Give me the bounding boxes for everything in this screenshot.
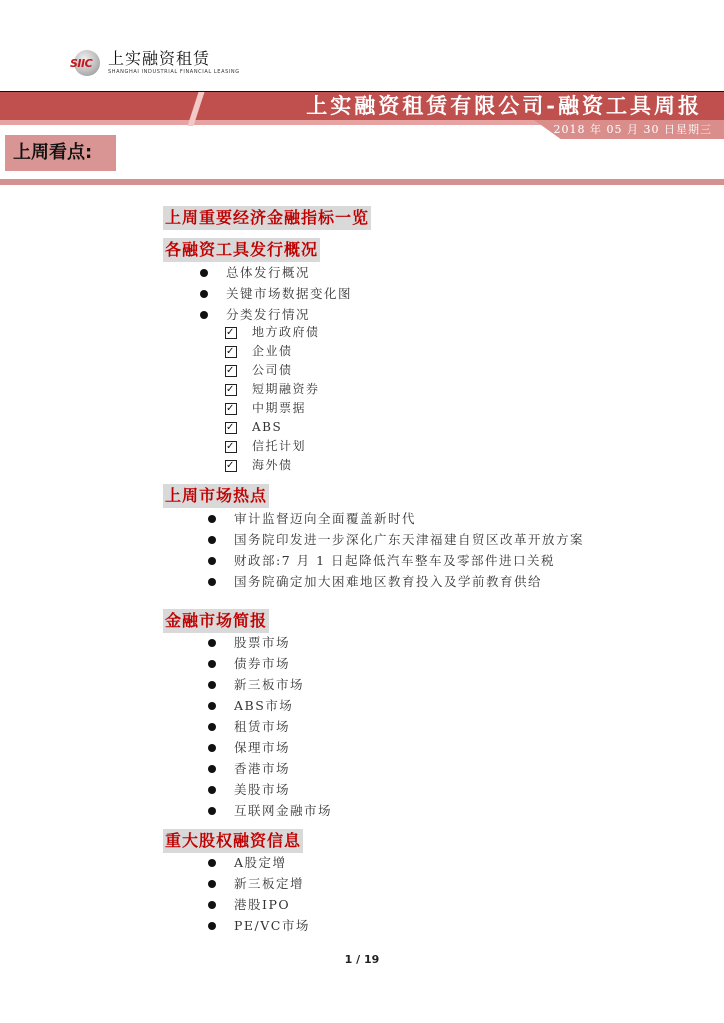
- list-item[interactable]: A股定增: [163, 852, 310, 873]
- list-item[interactable]: 新三板市场: [163, 674, 332, 695]
- section-heading-indicators[interactable]: 上周重要经济金融指标一览: [163, 206, 371, 230]
- bullet-icon: [208, 578, 216, 586]
- list-item[interactable]: 国务院印发进一步深化广东天津福建自贸区改革开放方案: [163, 529, 584, 550]
- checklist-item[interactable]: ✓海外债: [163, 456, 320, 475]
- checklist-item[interactable]: ✓短期融资券: [163, 380, 320, 399]
- list-item[interactable]: 审计监督迈向全面覆盖新时代: [163, 508, 584, 529]
- checkbox-checked-icon: ✓: [225, 346, 237, 358]
- checkbox-checked-icon: ✓: [225, 384, 237, 396]
- list-item[interactable]: 债券市场: [163, 653, 332, 674]
- logo-name-en: SHANGHAI INDUSTRIAL FINANCIAL LEASING: [108, 69, 240, 76]
- logo-name-cn: 上实融资租赁: [108, 50, 240, 68]
- report-date: 2018 年 05 月 30 日星期三: [554, 121, 712, 139]
- list-item[interactable]: PE/VC市场: [163, 915, 310, 936]
- bullet-icon: [200, 311, 208, 319]
- category-checklist: ✓地方政府债 ✓企业债 ✓公司债 ✓短期融资券 ✓中期票据 ✓ABS ✓信托计划…: [163, 323, 320, 475]
- list-item[interactable]: 美股市场: [163, 779, 332, 800]
- bullet-icon: [208, 922, 216, 930]
- checklist-item[interactable]: ✓ABS: [163, 418, 320, 437]
- checklist-item[interactable]: ✓企业债: [163, 342, 320, 361]
- hot-topics-list: 审计监督迈向全面覆盖新时代 国务院印发进一步深化广东天津福建自贸区改革开放方案 …: [163, 508, 584, 592]
- bullet-icon: [208, 723, 216, 731]
- market-brief-list: 股票市场 债券市场 新三板市场 ABS市场 租赁市场 保理市场 香港市场 美股市…: [163, 632, 332, 821]
- bullet-icon: [208, 681, 216, 689]
- checkbox-checked-icon: ✓: [225, 460, 237, 472]
- checkbox-checked-icon: ✓: [225, 403, 237, 415]
- bullet-icon: [208, 880, 216, 888]
- logo-mark-text: SIIC: [70, 57, 92, 70]
- report-title: 上实融资租赁有限公司-融资工具周报: [306, 92, 702, 120]
- bullet-icon: [208, 660, 216, 668]
- section-heading-market-brief[interactable]: 金融市场简报: [163, 609, 269, 633]
- list-item[interactable]: 关键市场数据变化图: [163, 283, 352, 304]
- checkbox-checked-icon: ✓: [225, 365, 237, 377]
- section-heading-hot-topics[interactable]: 上周市场热点: [163, 484, 269, 508]
- section-divider: [0, 179, 724, 185]
- bullet-icon: [208, 639, 216, 647]
- list-item[interactable]: 互联网金融市场: [163, 800, 332, 821]
- issuance-list: 总体发行概况 关键市场数据变化图 分类发行情况: [163, 262, 352, 325]
- list-item[interactable]: 香港市场: [163, 758, 332, 779]
- list-item[interactable]: 股票市场: [163, 632, 332, 653]
- section-heading-issuance[interactable]: 各融资工具发行概况: [163, 238, 320, 262]
- bullet-icon: [208, 765, 216, 773]
- bullet-icon: [208, 515, 216, 523]
- equity-financing-list: A股定增 新三板定增 港股IPO PE/VC市场: [163, 852, 310, 936]
- section-heading-equity-financing[interactable]: 重大股权融资信息: [163, 829, 303, 853]
- checklist-item[interactable]: ✓信托计划: [163, 437, 320, 456]
- list-item[interactable]: 财政部:7 月 1 日起降低汽车整车及零部件进口关税: [163, 550, 584, 571]
- company-logo: SIIC 上实融资租赁 SHANGHAI INDUSTRIAL FINANCIA…: [70, 50, 240, 80]
- bullet-icon: [208, 702, 216, 710]
- bullet-icon: [208, 744, 216, 752]
- checklist-item[interactable]: ✓中期票据: [163, 399, 320, 418]
- bullet-icon: [208, 859, 216, 867]
- checkbox-checked-icon: ✓: [225, 327, 237, 339]
- checklist-item[interactable]: ✓公司债: [163, 361, 320, 380]
- list-item[interactable]: 国务院确定加大困难地区教育投入及学前教育供给: [163, 571, 584, 592]
- checkbox-checked-icon: ✓: [225, 422, 237, 434]
- checkbox-checked-icon: ✓: [225, 441, 237, 453]
- checklist-item[interactable]: ✓地方政府债: [163, 323, 320, 342]
- bullet-icon: [200, 290, 208, 298]
- list-item[interactable]: 港股IPO: [163, 894, 310, 915]
- bullet-icon: [208, 901, 216, 909]
- bullet-icon: [208, 536, 216, 544]
- list-item[interactable]: 保理市场: [163, 737, 332, 758]
- list-item[interactable]: ABS市场: [163, 695, 332, 716]
- last-week-label: 上周看点:: [13, 135, 92, 171]
- list-item[interactable]: 新三板定增: [163, 873, 310, 894]
- list-item[interactable]: 分类发行情况: [163, 304, 352, 325]
- bullet-icon: [200, 269, 208, 277]
- bullet-icon: [208, 557, 216, 565]
- bullet-icon: [208, 786, 216, 794]
- bullet-icon: [208, 807, 216, 815]
- logo-globe-icon: SIIC: [70, 50, 104, 76]
- list-item[interactable]: 租赁市场: [163, 716, 332, 737]
- list-item[interactable]: 总体发行概况: [163, 262, 352, 283]
- page-number: 1 / 19: [0, 953, 724, 966]
